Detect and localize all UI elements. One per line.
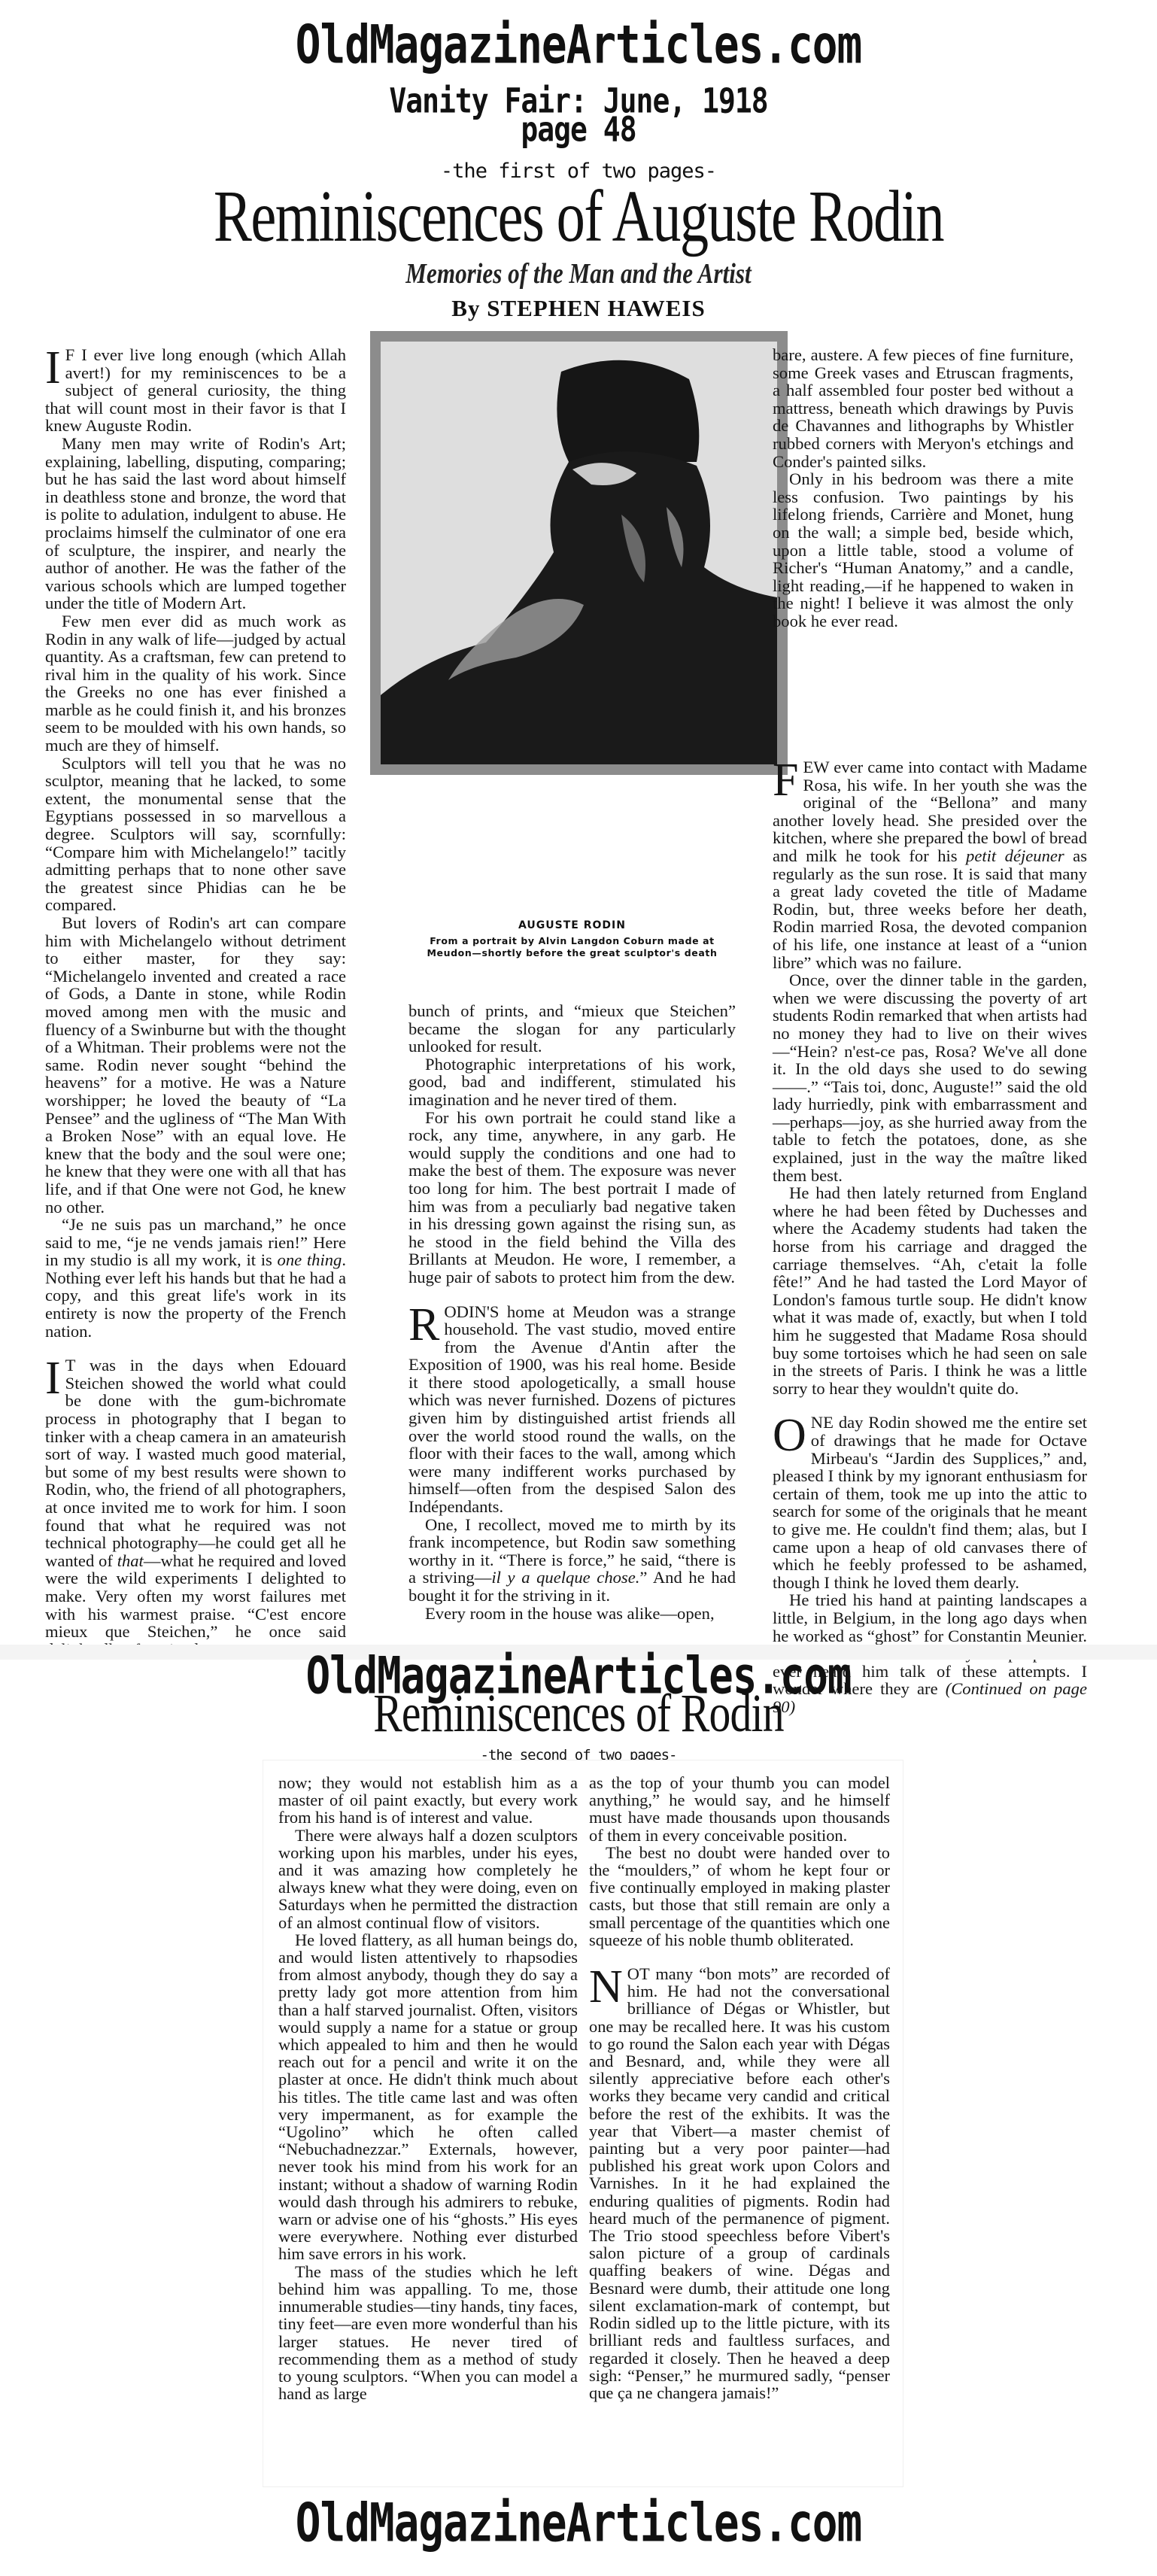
italic-run: il y a quelque chose.	[491, 1568, 639, 1587]
paragraph: IT was in the days when Edouard Steichen…	[45, 1356, 346, 1658]
paragraph: Photographic interpretations of his work…	[408, 1056, 736, 1109]
paragraph: Sculptors will tell you that he was no s…	[45, 755, 346, 914]
page-number: page 48	[0, 110, 1157, 150]
paragraph: There were always half a dozen sculptors…	[278, 1827, 578, 1931]
text-run: as regularly as the sun rose. It is said…	[773, 846, 1087, 972]
drop-cap: F	[773, 758, 803, 799]
article-column-2: bunch of prints, and “mieux que Steichen…	[408, 1002, 736, 1622]
article-subtitle: Memories of the Man and the Artist	[104, 257, 1052, 290]
paragraph: He had then lately returned from England…	[773, 1184, 1087, 1397]
magazine-page: OldMagazineArticles.com Vanity Fair: Jun…	[0, 0, 1157, 2576]
article-title: Reminiscences of Auguste Rodin	[127, 175, 1030, 259]
paragraph: bunch of prints, and “mieux que Steichen…	[408, 1002, 736, 1056]
page-2-column-2: as the top of your thumb you can model a…	[589, 1774, 890, 2401]
portrait-photo	[370, 331, 788, 775]
paragraph: “Je ne suis pas un marchand,” he once sa…	[45, 1216, 346, 1340]
paragraph: The mass of the studies which he left be…	[278, 2263, 578, 2403]
article-byline: By STEPHEN HAWEIS	[0, 295, 1157, 322]
text-run: OT many “bon mots” are recorded of him. …	[589, 1964, 890, 2402]
paragraph: ONE day Rodin showed me the entire set o…	[773, 1414, 1087, 1591]
paragraph: For his own portrait he could stand like…	[408, 1109, 736, 1286]
italic-run: petit déjeuner	[966, 846, 1064, 865]
drop-cap: N	[589, 1965, 627, 2006]
caption-title: AUGUSTE RODIN	[408, 919, 736, 931]
site-footer: OldMagazineArticles.com	[0, 2493, 1157, 2554]
paragraph: F I ever live long enough (which Allah a…	[45, 345, 346, 435]
article-title-page-2: Reminiscences of Rodin	[116, 1682, 1041, 1745]
text-run: NE day Rodin showed me the entire set of…	[773, 1413, 1087, 1591]
caption-text: From a portrait by Alvin Langdon Coburn …	[408, 935, 736, 959]
paragraph: Only in his bedroom was there a mite les…	[773, 470, 1073, 630]
portrait-illustration-icon	[381, 342, 777, 764]
page-2-column-1: now; they would not establish him as a m…	[278, 1774, 578, 2402]
paragraph: Every room in the house was alike—open,	[408, 1605, 736, 1623]
paragraph: now; they would not establish him as a m…	[278, 1774, 578, 1827]
paragraph: He loved flattery, as all human beings d…	[278, 1931, 578, 2263]
text-run: T was in the days when Edouard Steichen …	[45, 1356, 346, 1570]
paragraph: NOT many “bon mots” are recorded of him.…	[589, 1965, 890, 2401]
photo-caption: AUGUSTE RODIN From a portrait by Alvin L…	[408, 919, 736, 959]
paragraph: Many men may write of Rodin's Art; expla…	[45, 435, 346, 612]
article-column-3: bare, austere. A few pieces of fine furn…	[773, 346, 1073, 630]
paragraph: RODIN'S home at Meudon was a strange hou…	[408, 1303, 736, 1516]
paragraph: Once, over the dinner table in the garde…	[773, 971, 1087, 1184]
paragraph: as the top of your thumb you can model a…	[589, 1774, 890, 1844]
italic-run: one thing	[278, 1250, 342, 1269]
paragraph: One, I recollect, moved me to mirth by i…	[408, 1516, 736, 1605]
paragraph: bare, austere. A few pieces of fine furn…	[773, 346, 1073, 470]
paragraph: FEW ever came into contact with Madame R…	[773, 758, 1087, 971]
drop-cap: I	[45, 346, 65, 387]
paragraph: The best no doubt were handed over to th…	[589, 1844, 890, 1949]
portrait-image	[381, 342, 777, 764]
paragraph: Few men ever did as much work as Rodin i…	[45, 612, 346, 755]
text-run: ODIN'S home at Meudon was a strange hous…	[408, 1302, 736, 1517]
article-column-3-continued: FEW ever came into contact with Madame R…	[773, 758, 1087, 1715]
drop-cap: I	[45, 1356, 65, 1397]
paragraph: But lovers of Rodin's art can compare hi…	[45, 914, 346, 1216]
drop-cap: O	[773, 1414, 811, 1454]
site-header: OldMagazineArticles.com	[0, 15, 1157, 76]
italic-run: that	[117, 1551, 144, 1570]
drop-cap: R	[408, 1303, 444, 1344]
article-column-1: IF I ever live long enough (which Allah …	[45, 346, 346, 1658]
